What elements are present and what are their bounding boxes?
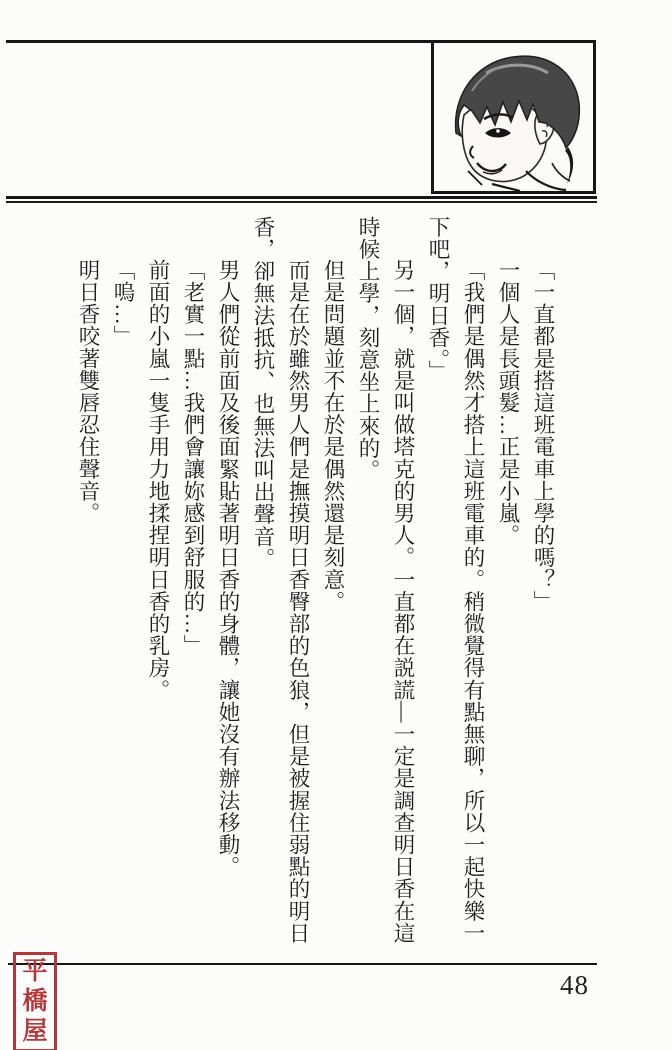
text-column: 下吧，明日香。」 bbox=[420, 216, 455, 948]
text-column: 時候上學，刻意坐上來的。 bbox=[350, 216, 385, 948]
seal-character: 平 bbox=[22, 957, 47, 987]
text-column: 前面的小嵐一隻手用力地揉捏明日香的乳房。 bbox=[140, 216, 175, 948]
portrait-illustration bbox=[434, 43, 593, 191]
page-number: 48 bbox=[560, 970, 589, 1001]
book-page: 「一直都是搭這班電車上學的嗎？」 一個人是長頭髮…正是小嵐。 「我們是偶然才搭上… bbox=[0, 0, 672, 1050]
text-column: 「老實一點…我們會讓妳感到舒服的…」 bbox=[175, 216, 210, 948]
seal-character: 屋 bbox=[22, 1017, 47, 1047]
text-column: 但是問題並不在於是偶然還是刻意。 bbox=[315, 216, 350, 948]
text-column: 香，卻無法抵抗、也無法叫出聲音。 bbox=[245, 216, 280, 948]
text-column: 男人們從前面及後面緊貼著明日香的身體，讓她沒有辦法移動。 bbox=[210, 216, 245, 948]
story-text: 「一直都是搭這班電車上學的嗎？」 一個人是長頭髮…正是小嵐。 「我們是偶然才搭上… bbox=[70, 216, 560, 948]
text-column: 「一直都是搭這班電車上學的嗎？」 bbox=[525, 216, 560, 948]
publisher-seal: 平 橋 屋 bbox=[13, 952, 57, 1050]
text-column: 「嗚…」 bbox=[105, 216, 140, 948]
text-column: 「我們是偶然才搭上這班電車的。稍微覺得有點無聊，所以一起快樂一 bbox=[455, 216, 490, 948]
text-column: 而是在於雖然男人們是撫摸明日香臀部的色狼，但是被握住弱點的明日 bbox=[280, 216, 315, 948]
text-column: 另一個，就是叫做塔克的男人。一直都在説謊—一定是調查明日香在這 bbox=[385, 216, 420, 948]
header-double-rule bbox=[6, 196, 597, 203]
portrait-frame bbox=[431, 40, 596, 194]
text-column: 一個人是長頭髮…正是小嵐。 bbox=[490, 216, 525, 948]
text-column: 明日香咬著雙唇忍住聲音。 bbox=[70, 216, 105, 948]
seal-character: 橋 bbox=[22, 987, 47, 1017]
footer-rule bbox=[8, 963, 597, 965]
